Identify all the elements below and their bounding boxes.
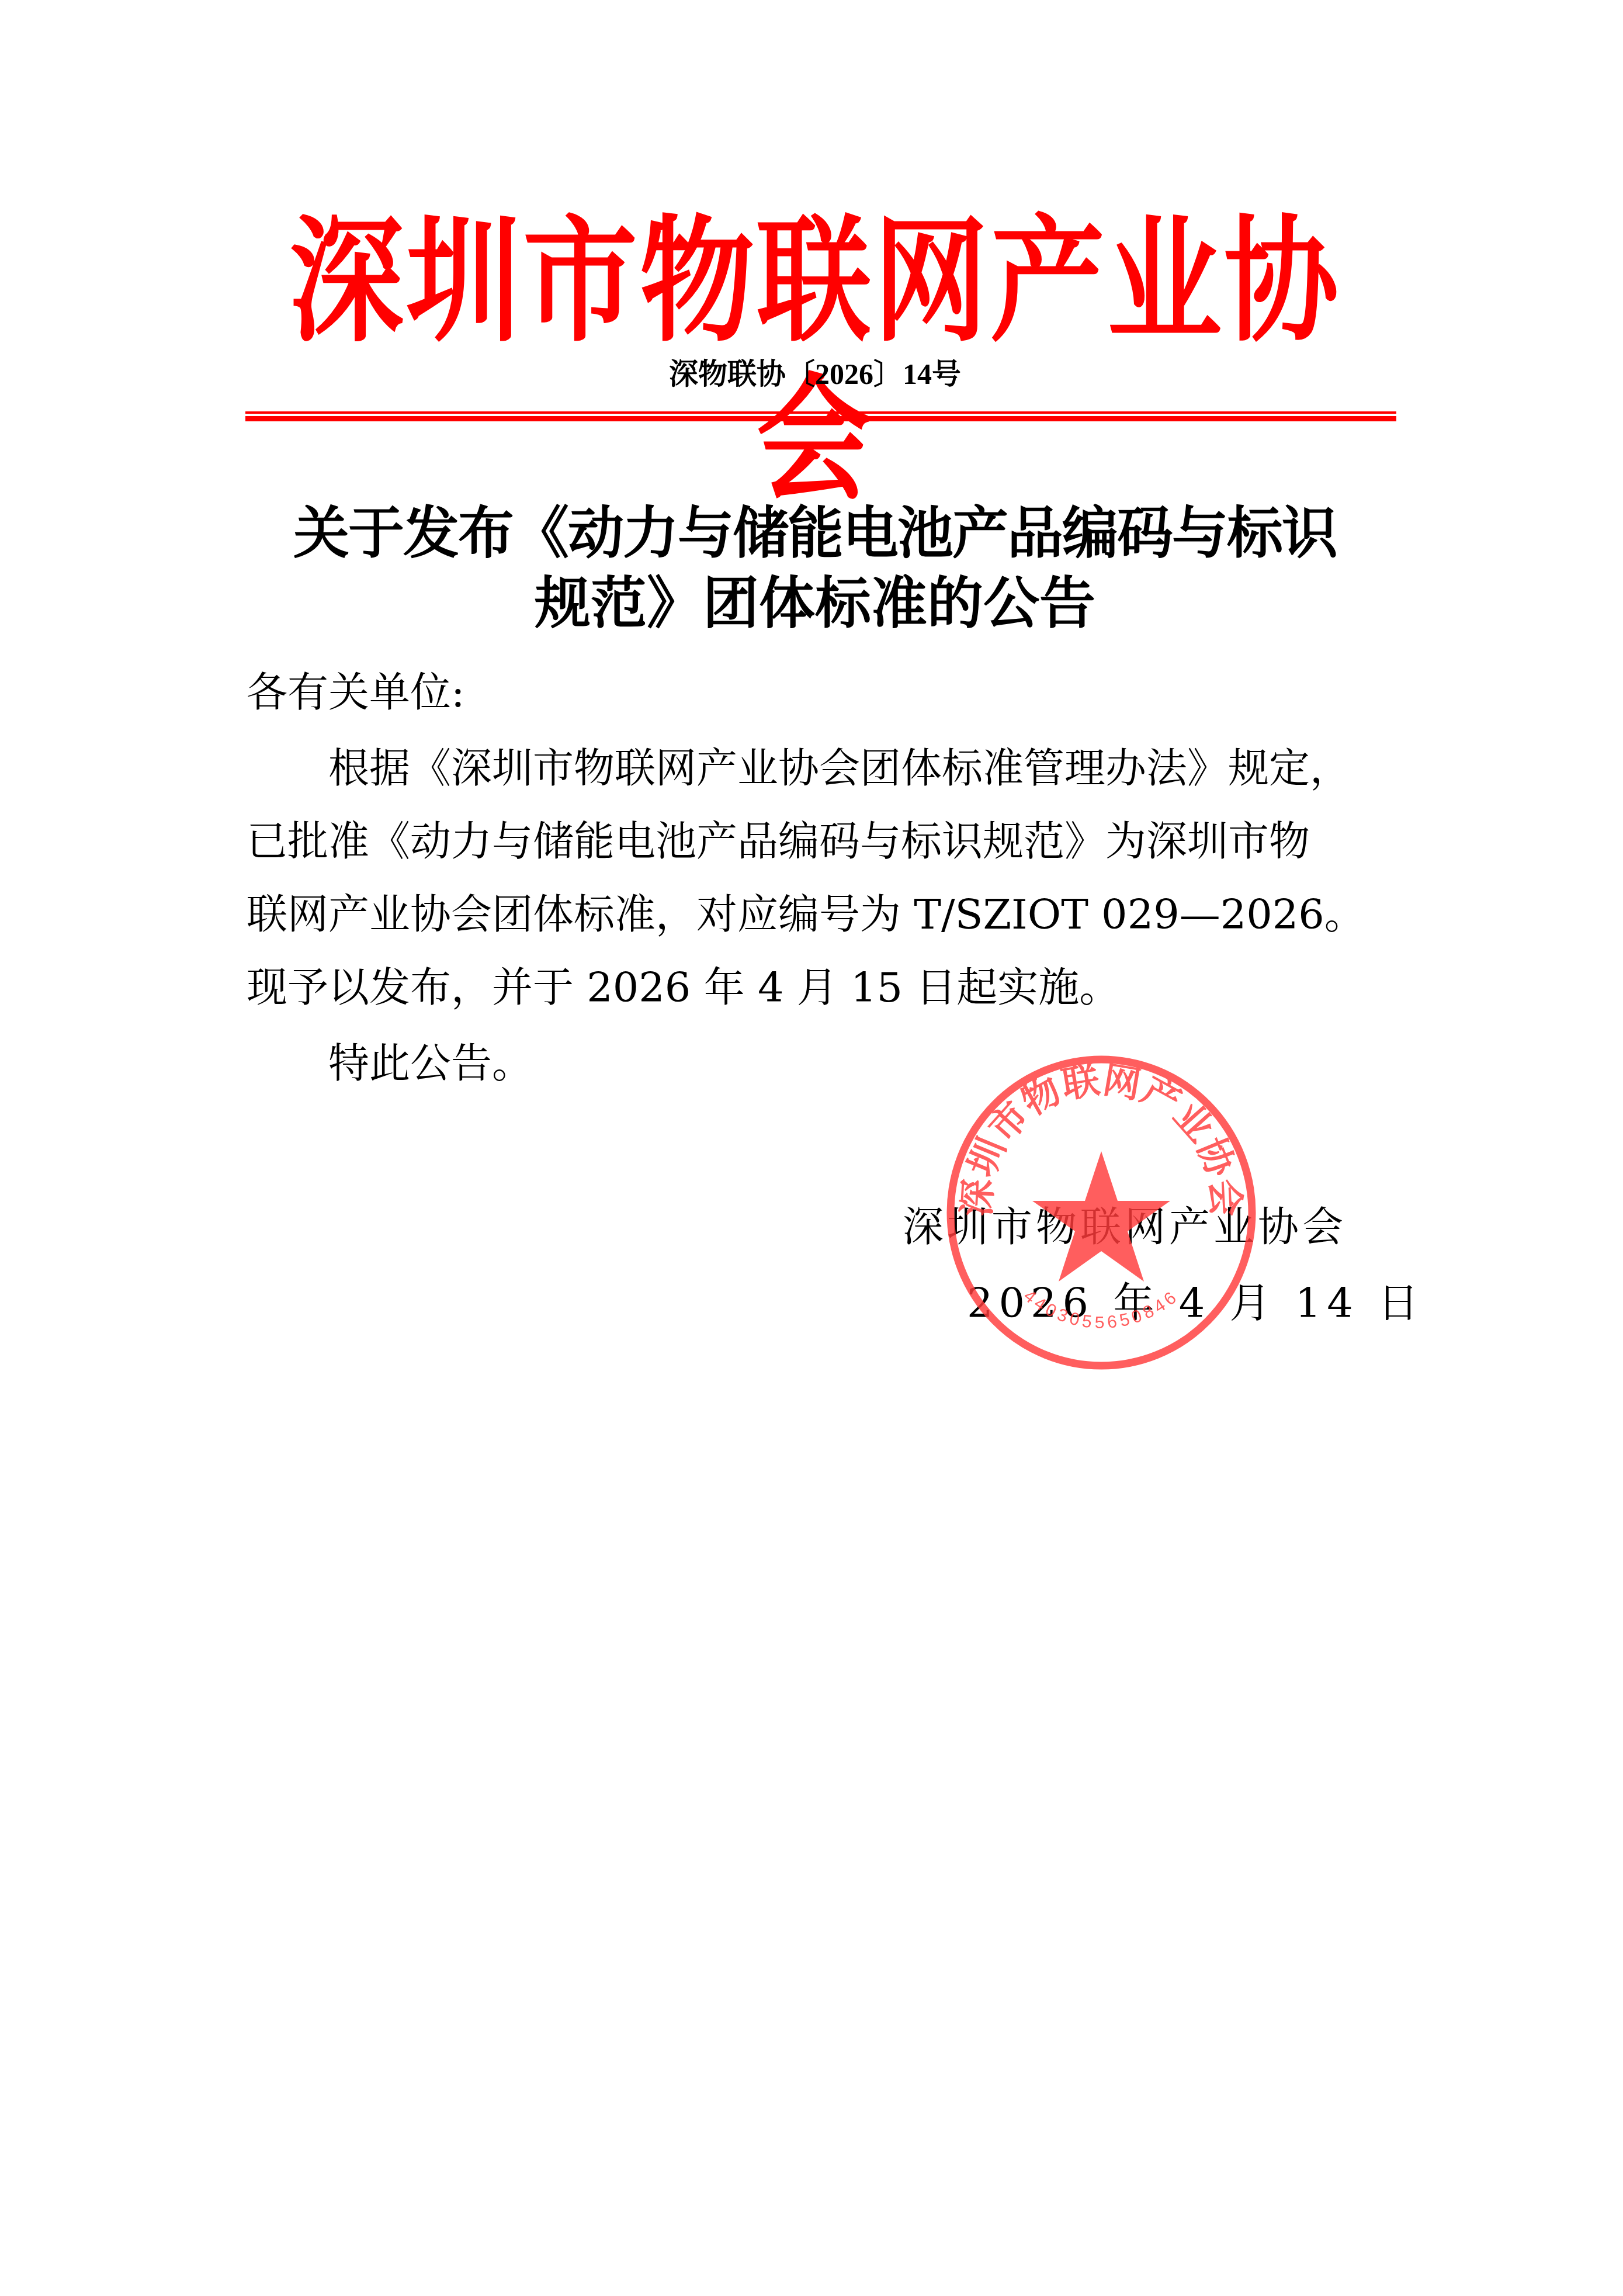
salutation: 各有关单位: (247, 666, 465, 719)
document-number: 深物联协〔2026〕14号 (234, 354, 1396, 394)
official-seal: 深圳市物联网产业协会 4403055650846 (944, 1055, 1259, 1370)
header-divider-thick (245, 416, 1396, 421)
star-icon (1032, 1151, 1170, 1282)
organization-masthead: 深圳市物联网产业协会 (234, 202, 1396, 360)
seal-code: 4403055650846 (1020, 1286, 1182, 1332)
body-line-3: 联网产业协会团体标准，对应编号为 T/SZIOT 029—2026。 (247, 888, 1365, 941)
body-line-4: 现予以发布，并于 2026 年 4 月 15 日起实施。 (247, 961, 1120, 1014)
document-page: 深圳市物联网产业协会 深物联协〔2026〕14号 关于发布《动力与储能电池产品编… (0, 0, 1623, 2296)
header-divider-thin (245, 411, 1396, 414)
announcement-title-line-1: 关于发布《动力与储能电池产品编码与标识 (234, 498, 1396, 568)
announcement-title-line-2: 规范》团体标准的公告 (234, 568, 1396, 638)
body-line-1: 根据《深圳市物联网产业协会团体标准管理办法》规定， (247, 742, 1351, 795)
body-line-2: 已批准《动力与储能电池产品编码与标识规范》为深圳市物 (247, 815, 1310, 868)
closing-remark: 特此公告。 (247, 1037, 533, 1090)
